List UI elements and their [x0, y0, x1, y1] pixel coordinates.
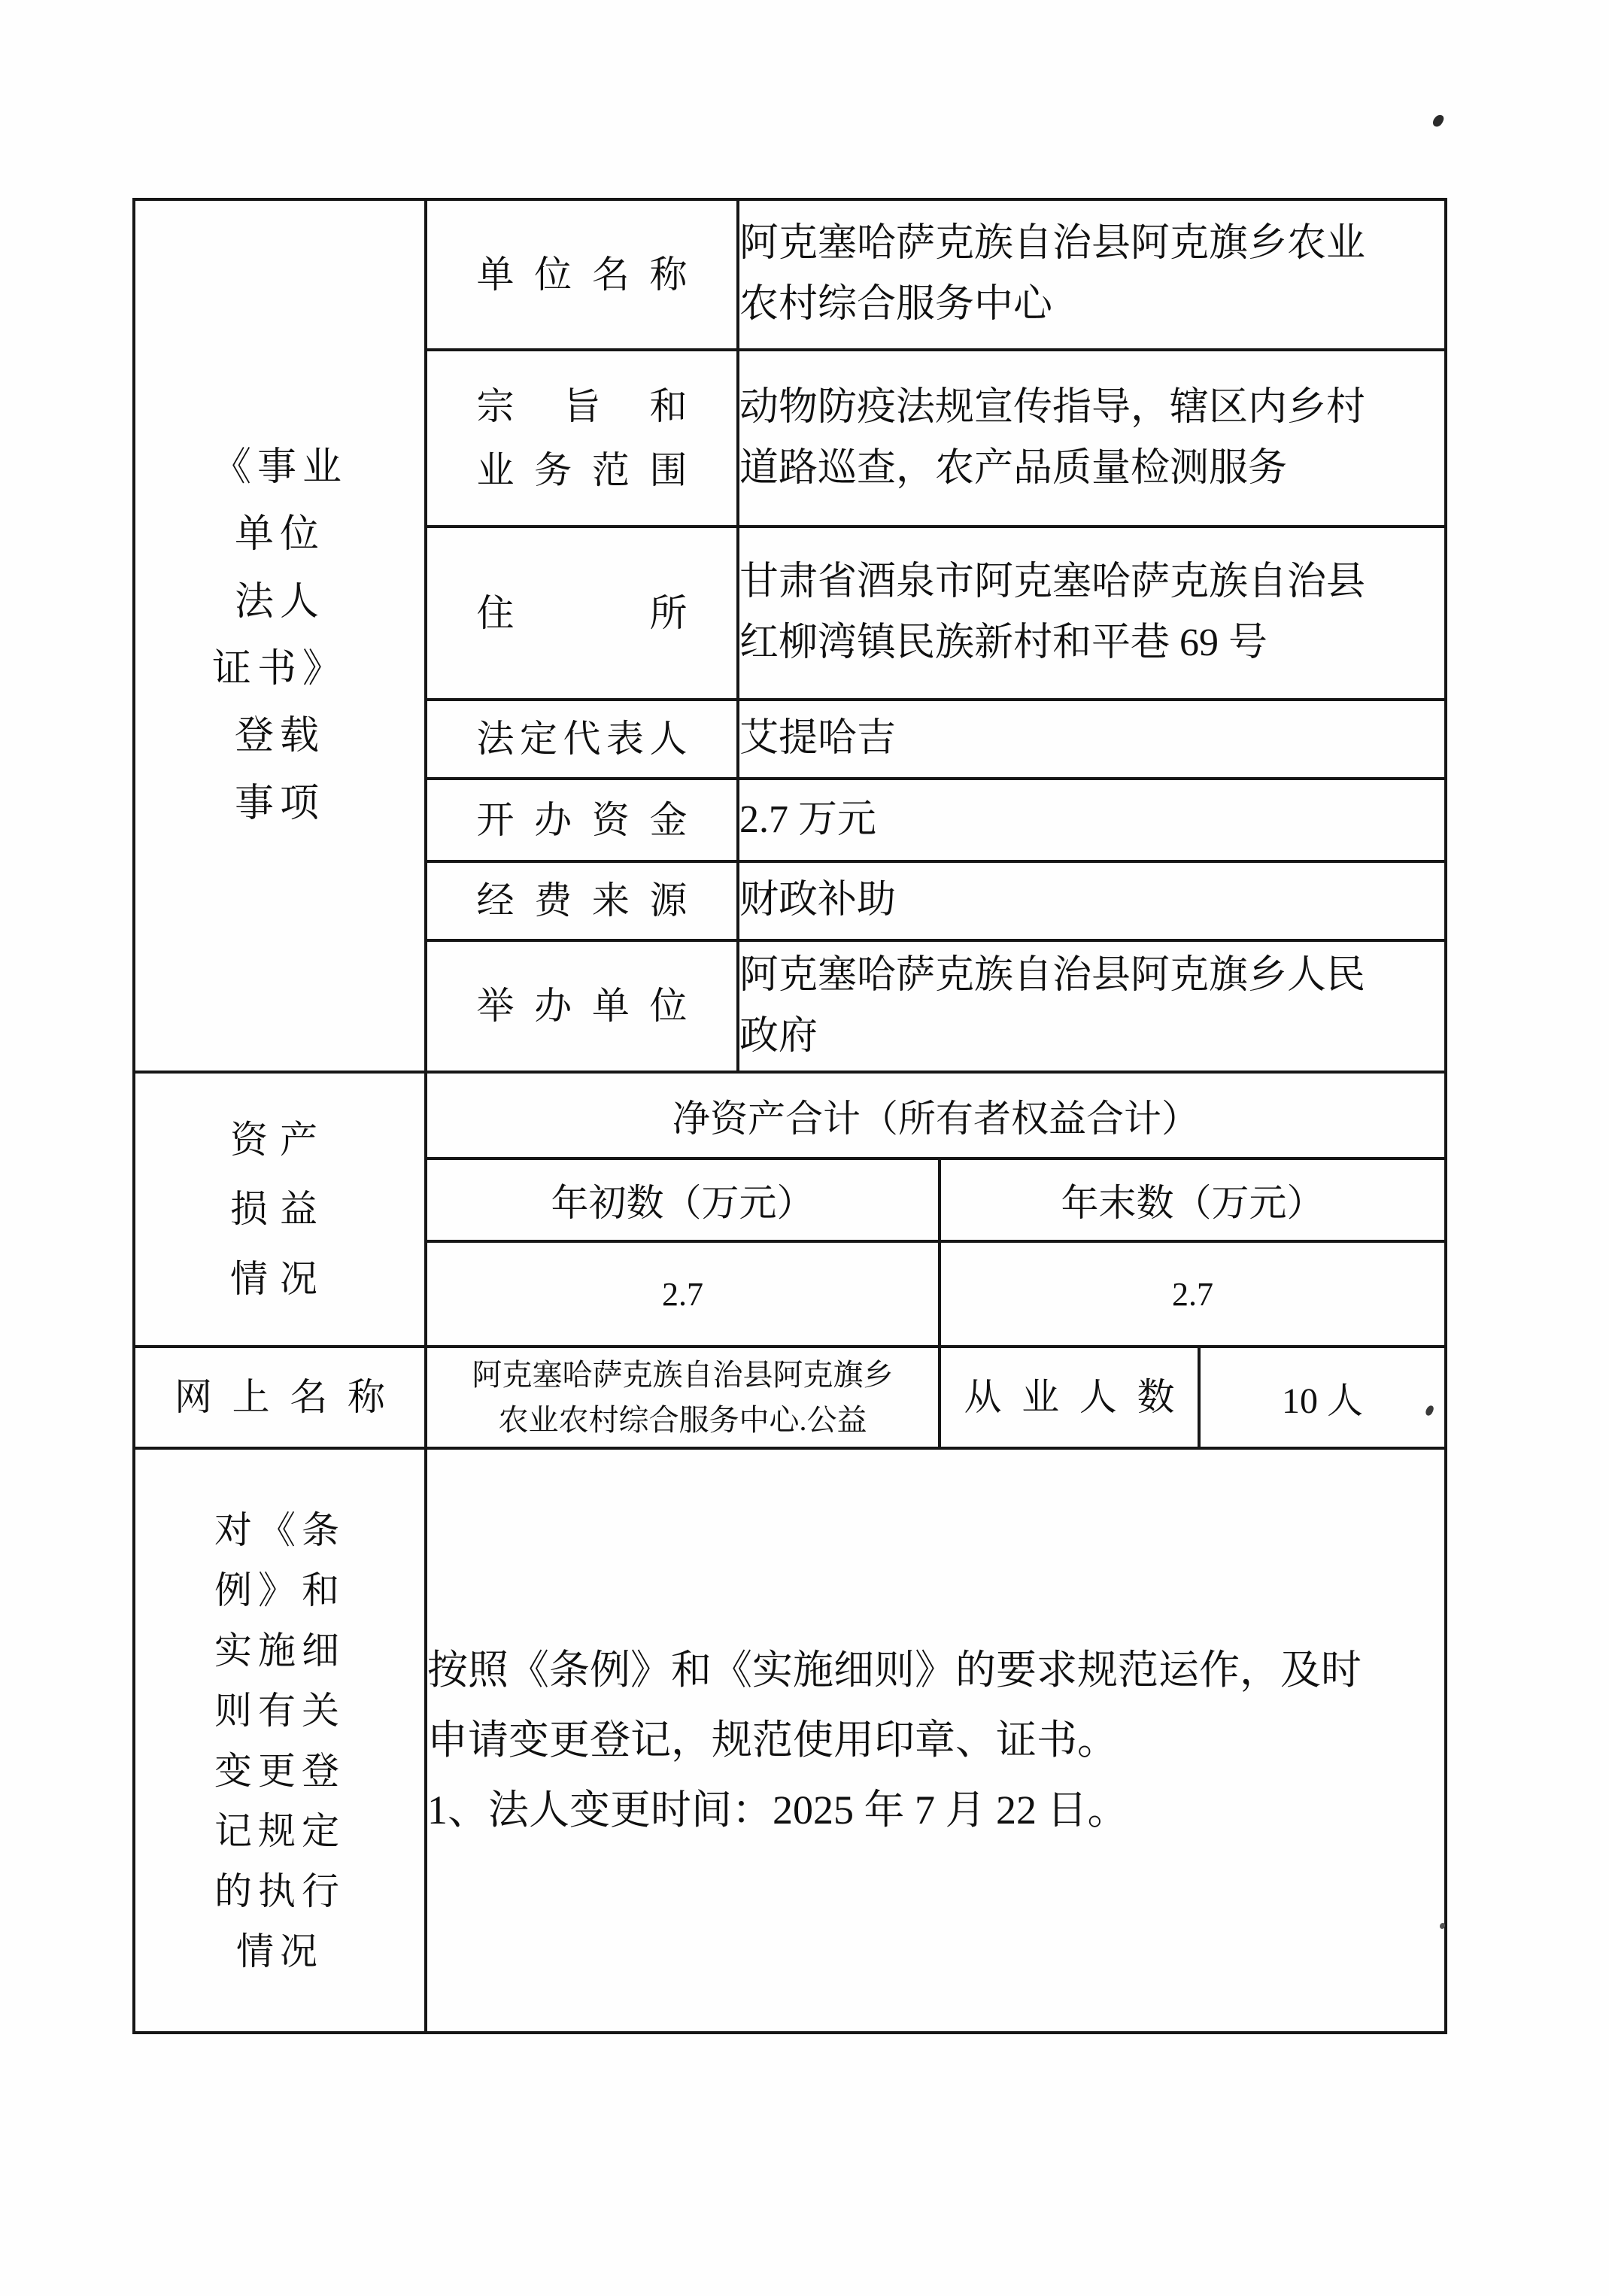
- compliance-side-label-cell: 对《条 例》和 实施细 则有关 变更登 记规定 的执行 情况: [134, 1448, 426, 2033]
- organizer-label-cell: 举办单位: [426, 940, 738, 1072]
- unit-name-value: 阿克塞哈萨克族自治县阿克旗乡农业 农村综合服务中心: [738, 199, 1446, 350]
- row-net-assets-header: 资产 损益 情况 净资产合计（所有者权益合计）: [134, 1072, 1446, 1159]
- address-label-cell: 住所: [426, 527, 738, 700]
- assets-section-side-label: 资产 损益 情况: [135, 1105, 424, 1314]
- cert-section-side-label-cell: 《事业 单位 法人 证书》 登载 事项: [134, 199, 426, 1072]
- funding-source-value: 财政补助: [738, 861, 1446, 940]
- opening-funds-label: 开办资金: [477, 788, 688, 852]
- opening-funds-label-cell: 开办资金: [426, 779, 738, 861]
- purpose-scope-label: 宗 旨 和 业务范围: [477, 375, 688, 503]
- legal-representative-label-cell: 法定代表人: [426, 700, 738, 779]
- unit-name-label-cell: 单位名称: [426, 199, 738, 350]
- net-assets-header: 净资产合计（所有者权益合计）: [426, 1072, 1446, 1159]
- online-name-label-cell: 网上名称: [134, 1347, 426, 1448]
- year-end-value: 2.7: [940, 1241, 1446, 1347]
- staff-count-label-cell: 从业人数: [940, 1347, 1199, 1448]
- funding-source-label-cell: 经费来源: [426, 861, 738, 940]
- unit-name-label: 单位名称: [477, 243, 688, 307]
- row-compliance: 对《条 例》和 实施细 则有关 变更登 记规定 的执行 情况 按照《条例》和《实…: [134, 1448, 1446, 2033]
- online-name-value: 阿克塞哈萨克族自治县阿克旗乡 农业农村综合服务中心.公益: [426, 1347, 940, 1448]
- year-start-column-header: 年初数（万元）: [426, 1159, 940, 1241]
- funding-source-label: 经费来源: [477, 869, 688, 933]
- cert-section-side-label: 《事业 单位 法人 证书》 登载 事项: [135, 434, 424, 838]
- staff-count-label: 从业人数: [964, 1365, 1175, 1429]
- organizer-value: 阿克塞哈萨克族自治县阿克旗乡人民 政府: [738, 940, 1446, 1072]
- opening-funds-value: 2.7 万元: [738, 779, 1446, 861]
- address-label: 住所: [477, 582, 688, 645]
- address-value: 甘肃省酒泉市阿克塞哈萨克族自治县 红柳湾镇民族新村和平巷 69 号: [738, 527, 1446, 700]
- compliance-content: 按照《条例》和《实施细则》的要求规范运作，及时 申请变更登记，规范使用印章、证书…: [426, 1448, 1446, 2033]
- year-end-column-header: 年末数（万元）: [940, 1159, 1446, 1241]
- row-online-name: 网上名称 阿克塞哈萨克族自治县阿克旗乡 农业农村综合服务中心.公益 从业人数 1…: [134, 1347, 1446, 1448]
- scanned-document-page: 《事业 单位 法人 证书》 登载 事项 单位名称 阿克塞哈萨克族自治县阿克旗乡农…: [0, 0, 1609, 2296]
- row-unit-name: 《事业 单位 法人 证书》 登载 事项 单位名称 阿克塞哈萨克族自治县阿克旗乡农…: [134, 199, 1446, 350]
- organizer-label: 举办单位: [477, 974, 688, 1038]
- online-name-label: 网上名称: [175, 1365, 385, 1429]
- staff-count-value: 10 人: [1199, 1347, 1446, 1448]
- purpose-scope-label-cell: 宗 旨 和 业务范围: [426, 350, 738, 527]
- registration-table: 《事业 单位 法人 证书》 登载 事项 单位名称 阿克塞哈萨克族自治县阿克旗乡农…: [132, 198, 1447, 2034]
- year-start-value: 2.7: [426, 1241, 940, 1347]
- compliance-side-label: 对《条 例》和 实施细 则有关 变更登 记规定 的执行 情况: [135, 1500, 424, 1982]
- legal-representative-value: 艾提哈吉: [738, 700, 1446, 779]
- assets-section-side-label-cell: 资产 损益 情况: [134, 1072, 426, 1347]
- legal-representative-label: 法定代表人: [477, 707, 688, 771]
- scan-speck: [1431, 113, 1446, 129]
- purpose-scope-value: 动物防疫法规宣传指导，辖区内乡村 道路巡查，农产品质量检测服务: [738, 350, 1446, 527]
